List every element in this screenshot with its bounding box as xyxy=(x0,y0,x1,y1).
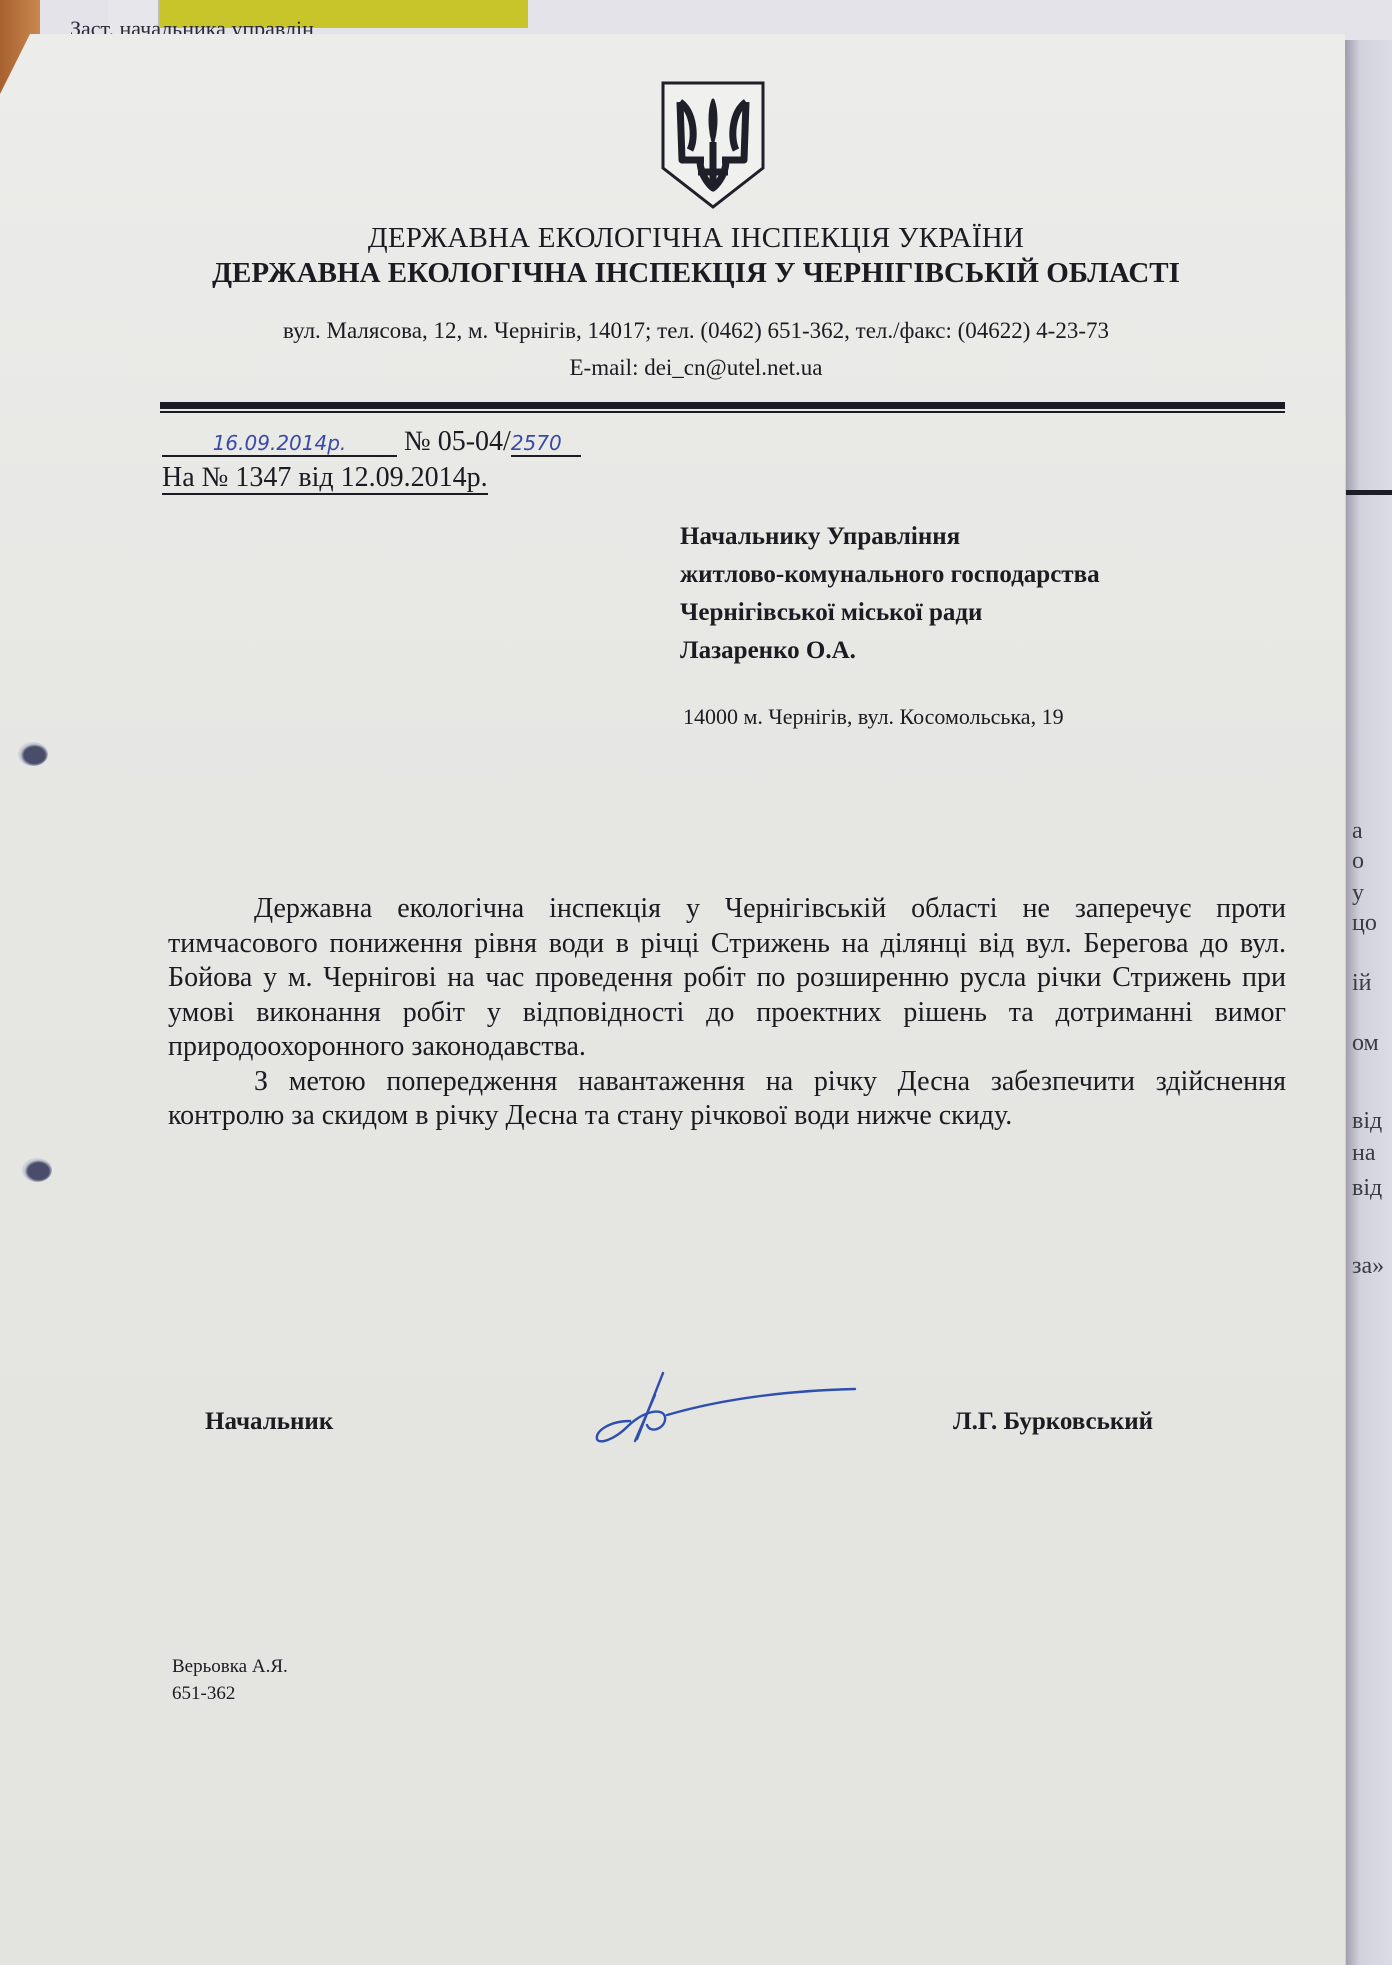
recipient-name: Лазаренко О.А. xyxy=(680,632,1100,670)
executor-phone: 651-362 xyxy=(172,1683,235,1705)
letterhead-rule-thin xyxy=(160,411,1285,413)
org-address: вул. Малясова, 12, м. Чернігів, 14017; т… xyxy=(0,318,1392,344)
signatory-title: Начальник xyxy=(205,1408,333,1436)
body-paragraph: Державна екологічна інспекція у Чернігів… xyxy=(168,892,1286,1065)
letterhead-rule xyxy=(160,402,1285,409)
reply-reference: На № 1347 від 12.09.2014р. xyxy=(162,462,488,494)
underlying-text-fragment: від xyxy=(1352,1108,1382,1135)
executor-name: Верьовка А.Я. xyxy=(172,1656,288,1678)
org-email: E-mail: dei_cn@utel.net.ua xyxy=(0,355,1392,381)
punch-hole xyxy=(22,1158,52,1182)
org-parent-title: ДЕРЖАВНА ЕКОЛОГІЧНА ІНСПЕКЦІЯ УКРАЇНИ xyxy=(0,222,1392,255)
recipient-block: Начальнику Управління житлово-комунально… xyxy=(680,518,1100,670)
underlying-text-fragment: за» xyxy=(1352,1253,1384,1280)
underlying-text-fragment: ом xyxy=(1352,1030,1379,1057)
recipient-line: житлово-комунального господарства xyxy=(680,556,1100,594)
handwritten-date: 16.09.2014р. xyxy=(162,431,397,457)
reply-reference-text: На № 1347 від 12.09.2014р. xyxy=(162,462,488,495)
outgoing-registration: 16.09.2014р. № 05-04/2570 xyxy=(162,426,581,458)
underlying-sheet-rule xyxy=(1340,490,1392,495)
recipient-line: Начальнику Управління xyxy=(680,518,1100,556)
letter-body: Державна екологічна інспекція у Чернігів… xyxy=(168,892,1286,1134)
signatory-name: Л.Г. Бурковський xyxy=(953,1408,1153,1436)
underlying-text-fragment: ій xyxy=(1352,970,1372,997)
coat-of-arms-icon xyxy=(660,80,766,210)
registration-number-prefix: № 05-04/ xyxy=(404,426,511,457)
recipient-line: Чернігівської міської ради xyxy=(680,594,1100,632)
underlying-text-fragment: від xyxy=(1352,1175,1382,1202)
underlying-text-fragment: цо xyxy=(1352,910,1377,937)
underlying-text-fragment: у xyxy=(1352,880,1364,907)
body-paragraph: З метою попередження навантаження на річ… xyxy=(168,1065,1286,1134)
handwritten-signature-icon xyxy=(585,1365,860,1445)
underlying-text-fragment: на xyxy=(1352,1140,1376,1167)
underlying-text-fragment: о xyxy=(1352,848,1364,875)
org-title: ДЕРЖАВНА ЕКОЛОГІЧНА ІНСПЕКЦІЯ У ЧЕРНІГІВ… xyxy=(0,257,1392,290)
underlying-text-fragment: а xyxy=(1352,818,1363,845)
handwritten-number: 2570 xyxy=(511,431,581,457)
recipient-address: 14000 м. Чернігів, вул. Косомольська, 19 xyxy=(683,704,1064,730)
punch-hole xyxy=(18,742,48,766)
